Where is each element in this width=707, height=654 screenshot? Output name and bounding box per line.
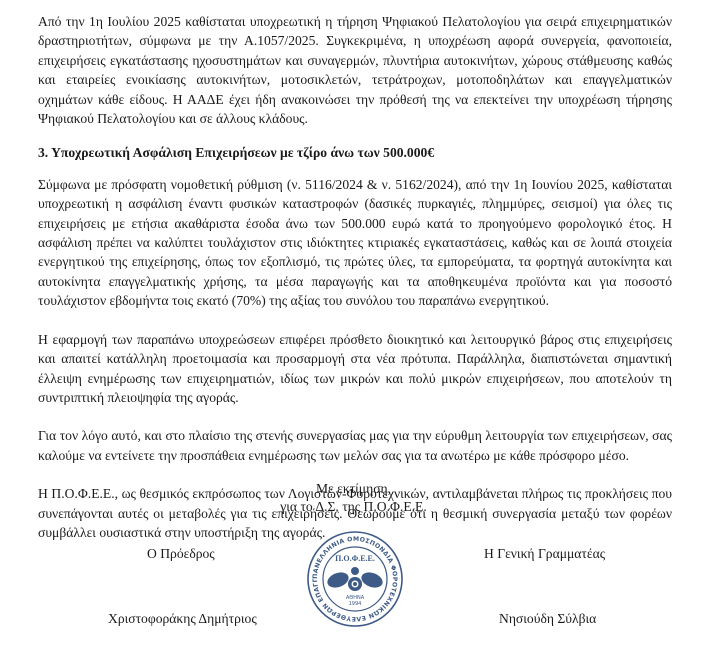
- section-3-heading: 3. Υποχρεωτική Ασφάλιση Επιχειρήσεων με …: [38, 143, 672, 162]
- paragraph-administrative-burden: Η εφαρμογή των παραπάνω υποχρεώσεων επιφ…: [38, 330, 672, 408]
- paragraph-request-to-inform: Για τον λόγο αυτό, και στο πλαίσιο της σ…: [38, 426, 672, 465]
- seal-ring-text: ΠΑΝΕΛΛΗΝΙΑ ΟΜΟΣΠΟΝΔΙΑ ΦΟΡΟΤΕΧΝΙΚΩΝ ΕΛΕΥΘ…: [306, 530, 398, 622]
- seal-year: 1994: [349, 601, 362, 607]
- letter-body: Από την 1η Ιουλίου 2025 καθίσταται υποχρ…: [38, 12, 672, 542]
- paragraph-mandatory-insurance: Σύμφωνα με πρόσφατη νομοθετική ρύθμιση (…: [38, 175, 672, 311]
- president-role: Ο Πρόεδρος: [147, 544, 215, 563]
- svg-text:ΠΑΝΕΛΛΗΝΙΑ ΟΜΟΣΠΟΝΔΙΑ ΦΟΡΟΤΕΧΝ: ΠΑΝΕΛΛΗΝΙΑ ΟΜΟΣΠΟΝΔΙΑ ΦΟΡΟΤΕΧΝΙΚΩΝ ΕΛΕΥΘ…: [306, 530, 398, 622]
- seal-acronym: Π.Ο.Φ.Ε.Ε.: [335, 554, 375, 563]
- paragraph-digital-client-registry: Από την 1η Ιουλίου 2025 καθίσταται υποχρ…: [38, 12, 672, 128]
- president-name: Χριστοφοράκης Δημήτριος: [108, 609, 257, 628]
- closing-greeting: Με εκτίμηση,: [0, 479, 707, 498]
- closing-on-behalf: για το Δ.Σ. της Π.Ο.Φ.Ε.Ε.: [0, 497, 707, 516]
- organization-seal-icon: ΠΑΝΕΛΛΗΝΙΑ ΟΜΟΣΠΟΝΔΙΑ ΦΟΡΟΤΕΧΝΙΚΩΝ ΕΛΕΥΘ…: [306, 530, 404, 628]
- secretary-general-role: Η Γενική Γραμματέας: [484, 544, 605, 563]
- secretary-general-name: Νησιούδη Σύλβια: [499, 609, 596, 628]
